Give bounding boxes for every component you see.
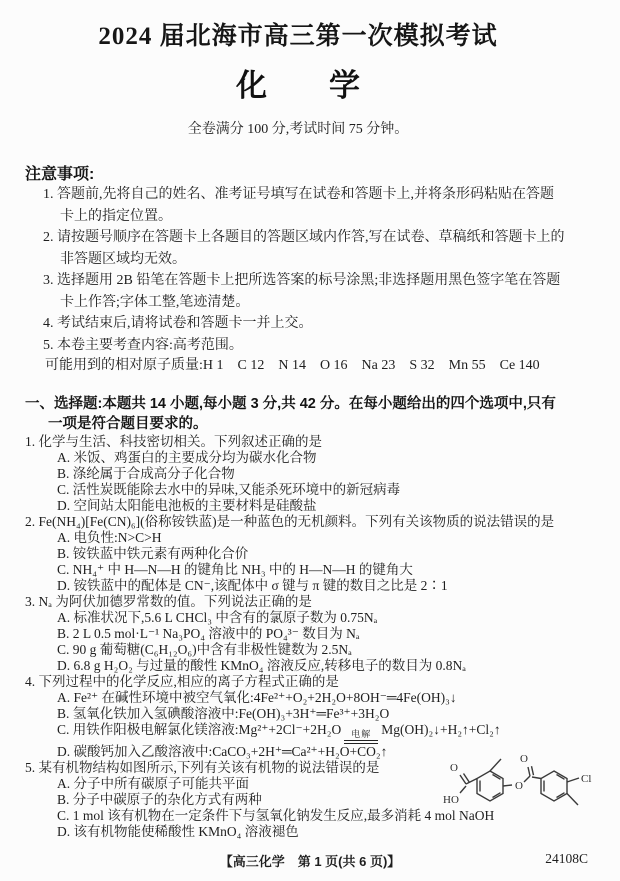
question-2-option-c: C. NH₄⁺ 中 H—N—H 的键角比 NH₃ 中的 H—N—H 的键角大 [0,562,596,578]
question-1-stem: 1. 化学与生活、科技密切相关。下列叙述正确的是 [0,434,596,450]
question-2-stem: 2. Fe(NH₄)[Fe(CN)₆](俗称铵铁蓝)是一种蓝色的无机颜料。下列有… [0,514,596,530]
notice-heading: 注意事项: [0,161,596,184]
acid-carbonyl-o-label: O [450,762,458,774]
question-4-stem: 4. 下列过程中的化学反应,相应的离子方程式正确的是 [0,674,596,690]
question-3-stem: 3. Nₐ 为阿伏加德罗常数的值。下列说法正确的是 [0,594,596,610]
exam-paper-page: 2024 届北海市高三第一次模拟考试 化 学 全卷满分 100 分,考试时间 7… [0,0,620,881]
question-2-option-b: B. 铵铁蓝中铁元素有两种化合价 [0,546,596,562]
footer-page-label: 【高三化学 第 1 页(共 6 页)】 [220,854,401,869]
question-3: 3. Nₐ 为阿伏加德罗常数的值。下列说法正确的是 A. 标准状况下,5.6 L… [0,594,596,674]
question-1-option-c: C. 活性炭既能除去水中的异味,又能杀死环境中的新冠病毒 [0,482,596,498]
notice-item-4: 4. 考试结束后,请将试卷和答题卡一并上交。 [0,313,596,335]
subject-title: 化 学 [0,60,596,105]
question-1-option-d: D. 空间站太阳能电池板的主要材料是硅酸盐 [0,498,596,514]
question-1-option-b: B. 涤纶属于合成高分子化合物 [0,466,596,482]
question-2: 2. Fe(NH₄)[Fe(CN)₆](俗称铵铁蓝)是一种蓝色的无机颜料。下列有… [0,514,596,594]
benzene-ring-right [541,771,567,801]
hydroxyl-label: HO [443,794,459,806]
notice-item-1: 1. 答题前,先将自己的姓名、准考证号填写在试卷和答题卡上,并将条形码粘贴在答题… [0,184,596,227]
chlorine-label: Cl [581,773,591,785]
notice-item-2: 2. 请按题号顺序在答题卡上各题目的答题区域内作答,写在试卷、草稿纸和答题卡上的… [0,227,596,270]
question-4-option-a: A. Fe²⁺ 在碱性环境中被空气氧化:4Fe²⁺+O₂+2H₂O+8OH⁻═4… [0,690,596,706]
section-1-heading: 一、选择题:本题共 14 小题,每小题 3 分,共 42 分。在每小题给出的四个… [0,394,596,434]
electrolysis-condition-label: 电解 [351,729,371,739]
ester-carbonyl-o-label: O [520,753,528,765]
question-1: 1. 化学与生活、科技密切相关。下列叙述正确的是 A. 米饭、鸡蛋白的主要成分均… [0,434,596,514]
question-3-option-b: B. 2 L 0.5 mol·L⁻¹ Na₃PO₄ 溶液中的 PO₄³⁻ 数目为… [0,626,596,642]
organic-structure-figure: O HO O O Cl [440,729,618,843]
page-footer: 【高三化学 第 1 页(共 6 页)】 24108C [0,851,620,869]
question-3-option-d: D. 6.8 g H₂O₂ 与过量的酸性 KMnO₄ 溶液反应,转移电子的数目为… [0,658,596,674]
equation-left: C. 用铁作阳极电解氯化镁溶液:Mg²⁺+2Cl⁻+2H₂O [57,722,341,737]
footer-paper-code: 24108C [545,851,588,867]
chlorine-bond [567,778,579,782]
question-2-option-a: A. 电负性:N>C>H [0,530,596,546]
page-title: 2024 届北海市高三第一次模拟考试 [0,16,596,52]
exam-info-line: 全卷满分 100 分,考试时间 75 分钟。 [0,118,596,138]
question-3-option-a: A. 标准状况下,5.6 L CHCl₃ 中含有的氯原子数为 0.75Nₐ [0,610,596,626]
question-4-option-b: B. 氢氧化铁加入氢碘酸溶液中:Fe(OH)₃+3H⁺═Fe³⁺+3H₂O [0,706,596,722]
methyl-bond-left [490,759,501,771]
question-2-option-d: D. 铵铁蓝中的配体是 CN⁻,该配体中 σ 键与 π 键的数目之比是 2∶1 [0,578,596,594]
ester-o-label: O [515,780,523,792]
benzene-ring-left [477,771,503,801]
electrolysis-equals-sign: 电解 [344,729,378,744]
methyl-bond-right [567,794,578,806]
question-3-option-c: C. 90 g 葡萄糖(C₆H₁₂O₆)中含有非极性键数为 2.5Nₐ [0,642,596,658]
notice-item-3: 3. 选择题用 2B 铅笔在答题卡上把所选答案的标号涂黑;非选择题用黑色签字笔在… [0,270,596,313]
notice-item-5: 5. 本卷主要考查内容:高考范围。 [0,335,596,357]
atomic-masses-line: 可能用到的相对原子质量:H 1 C 12 N 14 O 16 Na 23 S 3… [0,356,596,376]
question-1-option-a: A. 米饭、鸡蛋白的主要成分均为碳水化合物 [0,450,596,466]
question-5-option-c: C. 1 mol 该有机物在一定条件下与氢氧化钠发生反应,最多消耗 4 mol … [0,808,514,824]
